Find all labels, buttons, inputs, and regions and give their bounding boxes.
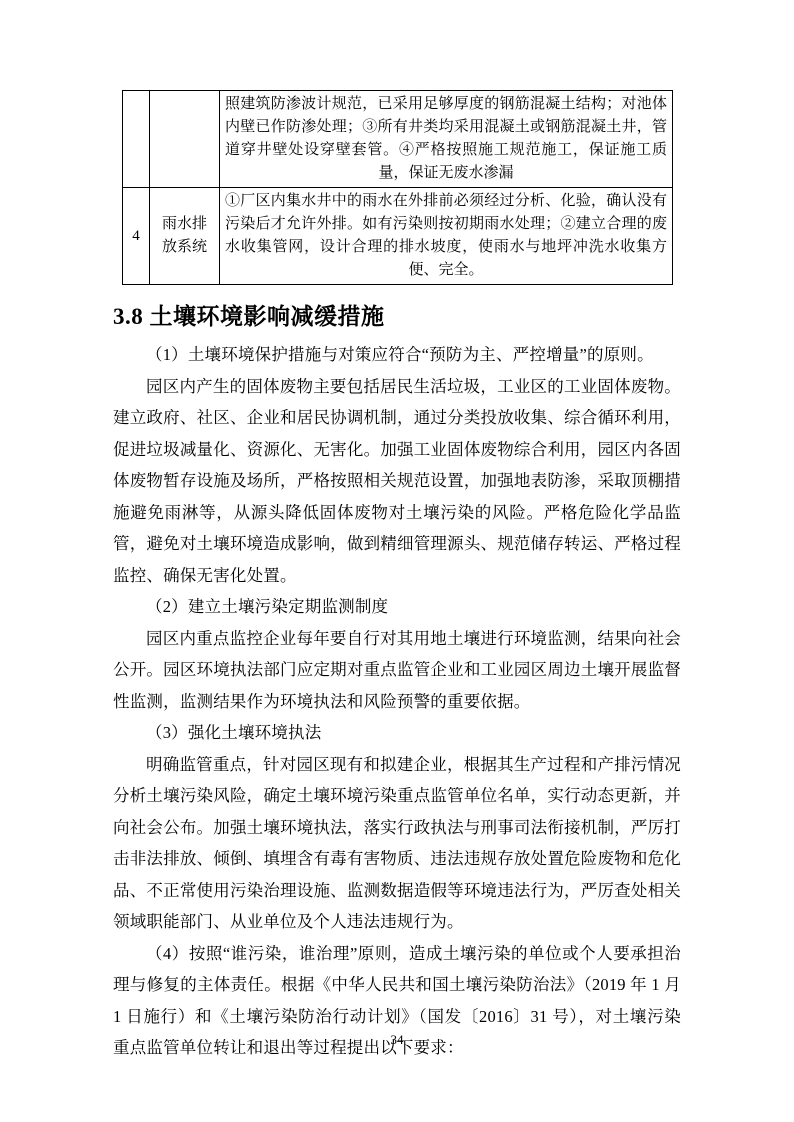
- paragraph-4: 园区内重点监控企业每年要自行对其用地土壤进行环境监测，结果向社会公开。园区环境执…: [113, 623, 681, 718]
- document-page: 照建筑防渗波计规范，已采用足够厚度的钢筋混凝土结构；对池体内壁已作防渗处理；③所…: [0, 0, 794, 1122]
- row-number-cell: [123, 91, 150, 188]
- system-name-cell: 雨水排放系统: [150, 188, 220, 285]
- system-name-cell: [150, 91, 220, 188]
- section-heading: 3.8 土壤环境影响减缓措施: [113, 298, 681, 331]
- paragraph-3: （2）建立土壤污染定期监测制度: [113, 591, 681, 623]
- paragraph-6: 明确监管重点，针对园区现有和拟建企业，根据其生产过程和产排污情况分析土壤污染风险…: [113, 749, 681, 938]
- mitigation-measures-table: 照建筑防渗波计规范，已采用足够厚度的钢筋混凝土结构；对池体内壁已作防渗处理；③所…: [122, 90, 673, 285]
- paragraph-5: （3）强化土壤环境执法: [113, 717, 681, 749]
- paragraph-2: 园区内产生的固体废物主要包括居民生活垃圾，工业区的工业固体废物。建立政府、社区、…: [113, 371, 681, 592]
- measure-content-cell: 照建筑防渗波计规范，已采用足够厚度的钢筋混凝土结构；对池体内壁已作防渗处理；③所…: [220, 91, 673, 188]
- row-number-cell: 4: [123, 188, 150, 285]
- table-row: 照建筑防渗波计规范，已采用足够厚度的钢筋混凝土结构；对池体内壁已作防渗处理；③所…: [123, 91, 673, 188]
- page-number: 34: [0, 1032, 794, 1048]
- table-row: 4 雨水排放系统 ①厂区内集水井中的雨水在外排前必须经过分析、化验，确认没有污染…: [123, 188, 673, 285]
- paragraph-1: （1）土壤环境保护措施与对策应符合“预防为主、严控增量”的原则。: [113, 339, 681, 371]
- measure-content-cell: ①厂区内集水井中的雨水在外排前必须经过分析、化验，确认没有污染后才允许外排。如有…: [220, 188, 673, 285]
